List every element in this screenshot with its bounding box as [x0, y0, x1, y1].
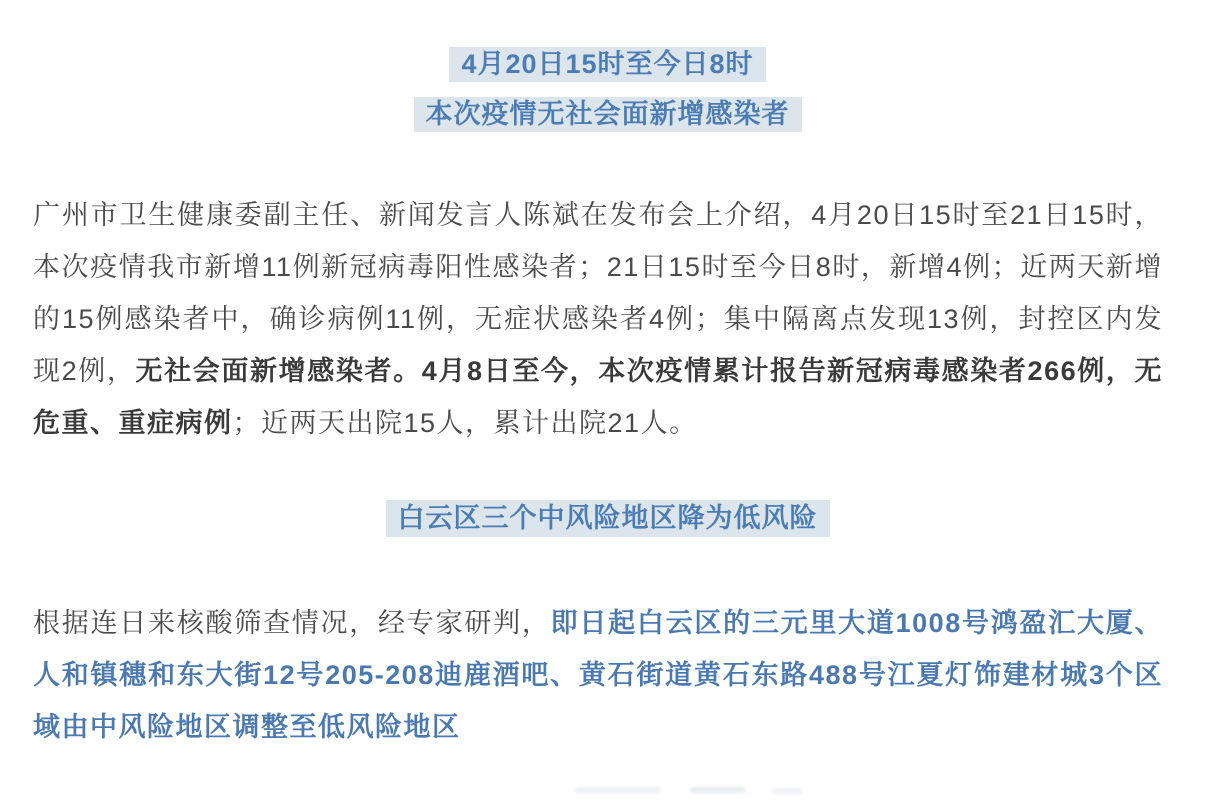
para1-text-normal-end: ；近两天出院15人，累计出院21人。 [233, 408, 698, 438]
artifact-smudge [575, 787, 660, 793]
section-heading-risk-downgrade: 白云区三个中风险地区降为低风险 [386, 500, 830, 537]
para2-text-normal-start: 根据连日来核酸筛查情况，经专家研判， [33, 608, 551, 638]
artifact-smudge [690, 787, 745, 793]
paragraph-risk-areas: 根据连日来核酸筛查情况，经专家研判，即日起白云区的三元里大道1008号鸿盈汇大厦… [33, 597, 1163, 753]
artifact-smudge [772, 788, 802, 794]
headline-row-1: 4月20日15时至今日8时 [0, 47, 1215, 82]
headline-highlight-line-2: 本次疫情无社会面新增感染者 [414, 97, 802, 132]
headline-group: 4月20日15时至今日8时 本次疫情无社会面新增感染者 [0, 0, 1215, 132]
section-heading-row: 白云区三个中风险地区降为低风险 [0, 500, 1215, 537]
headline-highlight-line-1: 4月20日15时至今日8时 [449, 47, 765, 82]
headline-row-2: 本次疫情无社会面新增感染者 [0, 97, 1215, 132]
paragraph-epidemic-update: 广州市卫生健康委副主任、新闻发言人陈斌在发布会上介绍，4月20日15时至21日1… [33, 189, 1163, 449]
article-page: 4月20日15时至今日8时 本次疫情无社会面新增感染者 广州市卫生健康委副主任、… [0, 0, 1215, 800]
cutoff-next-heading-artifact [0, 784, 1215, 800]
